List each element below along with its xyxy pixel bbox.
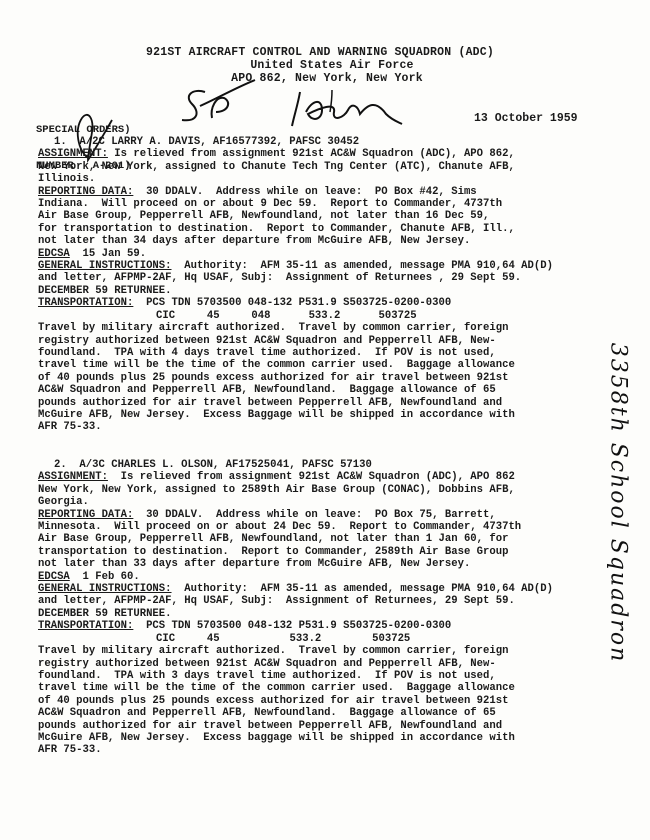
transportation-line: TRANSPORTATION: PCS TDN 5703500 048-132 … — [38, 620, 598, 632]
transportation-line: TRANSPORTATION: PCS TDN 5703500 048-132 … — [38, 297, 598, 309]
general-instructions-text: DECEMBER 59 RETURNEE. — [38, 285, 598, 297]
airman-header: 2. A/3C CHARLES L. OLSON, AF17525041, PA… — [38, 459, 598, 471]
general-instructions-text: Authority: AFM 35-11 as amended, message… — [172, 583, 553, 595]
edcsa-label: EDCSA — [38, 248, 70, 260]
transportation-label: TRANSPORTATION: — [38, 620, 133, 632]
document-page: 921ST AIRCRAFT CONTROL AND WARNING SQUAD… — [0, 0, 650, 840]
special-orders-label: SPECIAL ORDERS) — [36, 124, 131, 136]
handwritten-margin-note: 3358th School Squadron — [598, 318, 638, 688]
assignment-line: ASSIGNMENT: Is relieved from assignment … — [38, 148, 598, 160]
assignment-text: New York, New York, assigned to 2589th A… — [38, 484, 598, 496]
order-paragraph-1: 1. A/2C LARRY A. DAVIS, AF16577392, PAFS… — [38, 136, 598, 434]
travel-text: foundland. TPA with 3 days travel time a… — [38, 670, 598, 682]
airman-header: 1. A/2C LARRY A. DAVIS, AF16577392, PAFS… — [38, 136, 598, 148]
travel-text: foundland. TPA with 4 days travel time a… — [38, 347, 598, 359]
travel-text: pounds authorized for air travel between… — [38, 397, 598, 409]
travel-text: AC&W Squadron and Pepperrell AFB, Newfou… — [38, 707, 598, 719]
assignment-text: Georgia. — [38, 496, 598, 508]
travel-text: travel time will be the time of the comm… — [38, 682, 598, 694]
assignment-text: Is relieved from assignment 921st AC&W S… — [108, 471, 515, 483]
travel-text: AC&W Squadron and Pepperrell AFB, Newfou… — [38, 384, 598, 396]
travel-text: AFR 75-33. — [38, 421, 598, 433]
reporting-text: not later than 33 days after departure f… — [38, 558, 598, 570]
unit-name: 921ST AIRCRAFT CONTROL AND WARNING SQUAD… — [0, 46, 650, 59]
order-paragraph-2: 2. A/3C CHARLES L. OLSON, AF17525041, PA… — [38, 459, 598, 757]
general-instructions-line: GENERAL INSTRUCTIONS: Authority: AFM 35-… — [38, 260, 598, 272]
assignment-text: Illinois. — [38, 173, 598, 185]
letterhead: 921ST AIRCRAFT CONTROL AND WARNING SQUAD… — [0, 46, 650, 85]
travel-text: registry authorized between 921st AC&W S… — [38, 335, 598, 347]
reporting-text: 30 DDALV. Address while on leave: PO Box… — [133, 186, 476, 198]
travel-text: of 40 pounds plus 25 pounds excess autho… — [38, 695, 598, 707]
general-instructions-label: GENERAL INSTRUCTIONS: — [38, 260, 172, 272]
reporting-text: transportation to destination. Report to… — [38, 546, 598, 558]
reporting-text: Air Base Group, Pepperrell AFB, Newfound… — [38, 533, 598, 545]
general-instructions-text: and letter, AFPMP-2AF, Hq USAF, Subj: As… — [38, 595, 598, 607]
reporting-line: REPORTING DATA: 30 DDALV. Address while … — [38, 509, 598, 521]
reporting-text: Minnesota. Will proceed on or about 24 D… — [38, 521, 598, 533]
transportation-label: TRANSPORTATION: — [38, 297, 133, 309]
transportation-cic: CIC 45 533.2 503725 — [38, 633, 598, 645]
travel-text: McGuire AFB, New Jersey. Excess Baggage … — [38, 409, 598, 421]
reporting-text: for transportation to destination. Repor… — [38, 223, 598, 235]
general-instructions-text: and letter, AFPMP-2AF, Hq USAF, Subj: As… — [38, 272, 598, 284]
reporting-text: 30 DDALV. Address while on leave: PO Box… — [133, 509, 495, 521]
unit-address: APO 862, New York, New York — [4, 72, 650, 85]
service-name: United States Air Force — [14, 59, 650, 72]
travel-text: of 40 pounds plus 25 pounds excess autho… — [38, 372, 598, 384]
general-instructions-text: Authority: AFM 35-11 as amended, message… — [172, 260, 553, 272]
reporting-text: not later than 34 days after departure f… — [38, 235, 598, 247]
margin-note-text: 3358th School Squadron — [606, 343, 631, 664]
assignment-label: ASSIGNMENT: — [38, 148, 108, 160]
assignment-label: ASSIGNMENT: — [38, 471, 108, 483]
general-instructions-line: GENERAL INSTRUCTIONS: Authority: AFM 35-… — [38, 583, 598, 595]
transportation-cic: CIC 45 048 533.2 503725 — [38, 310, 598, 322]
reporting-label: REPORTING DATA: — [38, 186, 133, 198]
edcsa-value: 15 Jan 59. — [70, 248, 146, 260]
general-instructions-label: GENERAL INSTRUCTIONS: — [38, 583, 172, 595]
reporting-text: Air Base Group, Pepperrell AFB, Newfound… — [38, 210, 598, 222]
reporting-label: REPORTING DATA: — [38, 509, 133, 521]
edcsa-value: 1 Feb 60. — [70, 571, 140, 583]
assignment-text: New York, New York, assigned to Chanute … — [38, 161, 598, 173]
travel-text: AFR 75-33. — [38, 744, 598, 756]
edcsa-label: EDCSA — [38, 571, 70, 583]
travel-text: travel time will be the time of the comm… — [38, 359, 598, 371]
general-instructions-text: DECEMBER 59 RETURNEE. — [38, 608, 598, 620]
reporting-text: Indiana. Will proceed on or about 9 Dec … — [38, 198, 598, 210]
travel-text: registry authorized between 921st AC&W S… — [38, 658, 598, 670]
transportation-code: PCS TDN 5703500 048-132 P531.9 S503725-0… — [133, 297, 451, 309]
reporting-line: REPORTING DATA: 30 DDALV. Address while … — [38, 186, 598, 198]
assignment-line: ASSIGNMENT: Is relieved from assignment … — [38, 471, 598, 483]
travel-text: pounds authorized for air travel between… — [38, 720, 598, 732]
travel-text: McGuire AFB, New Jersey. Excess baggage … — [38, 732, 598, 744]
travel-text: Travel by military aircraft authorized. … — [38, 645, 598, 657]
edcsa-line: EDCSA 15 Jan 59. — [38, 248, 598, 260]
travel-text: Travel by military aircraft authorized. … — [38, 322, 598, 334]
order-date: 13 October 1959 — [474, 112, 578, 125]
transportation-code: PCS TDN 5703500 048-132 P531.9 S503725-0… — [133, 620, 451, 632]
edcsa-line: EDCSA 1 Feb 60. — [38, 571, 598, 583]
assignment-text: Is relieved from assignment 921st AC&W S… — [108, 148, 515, 160]
